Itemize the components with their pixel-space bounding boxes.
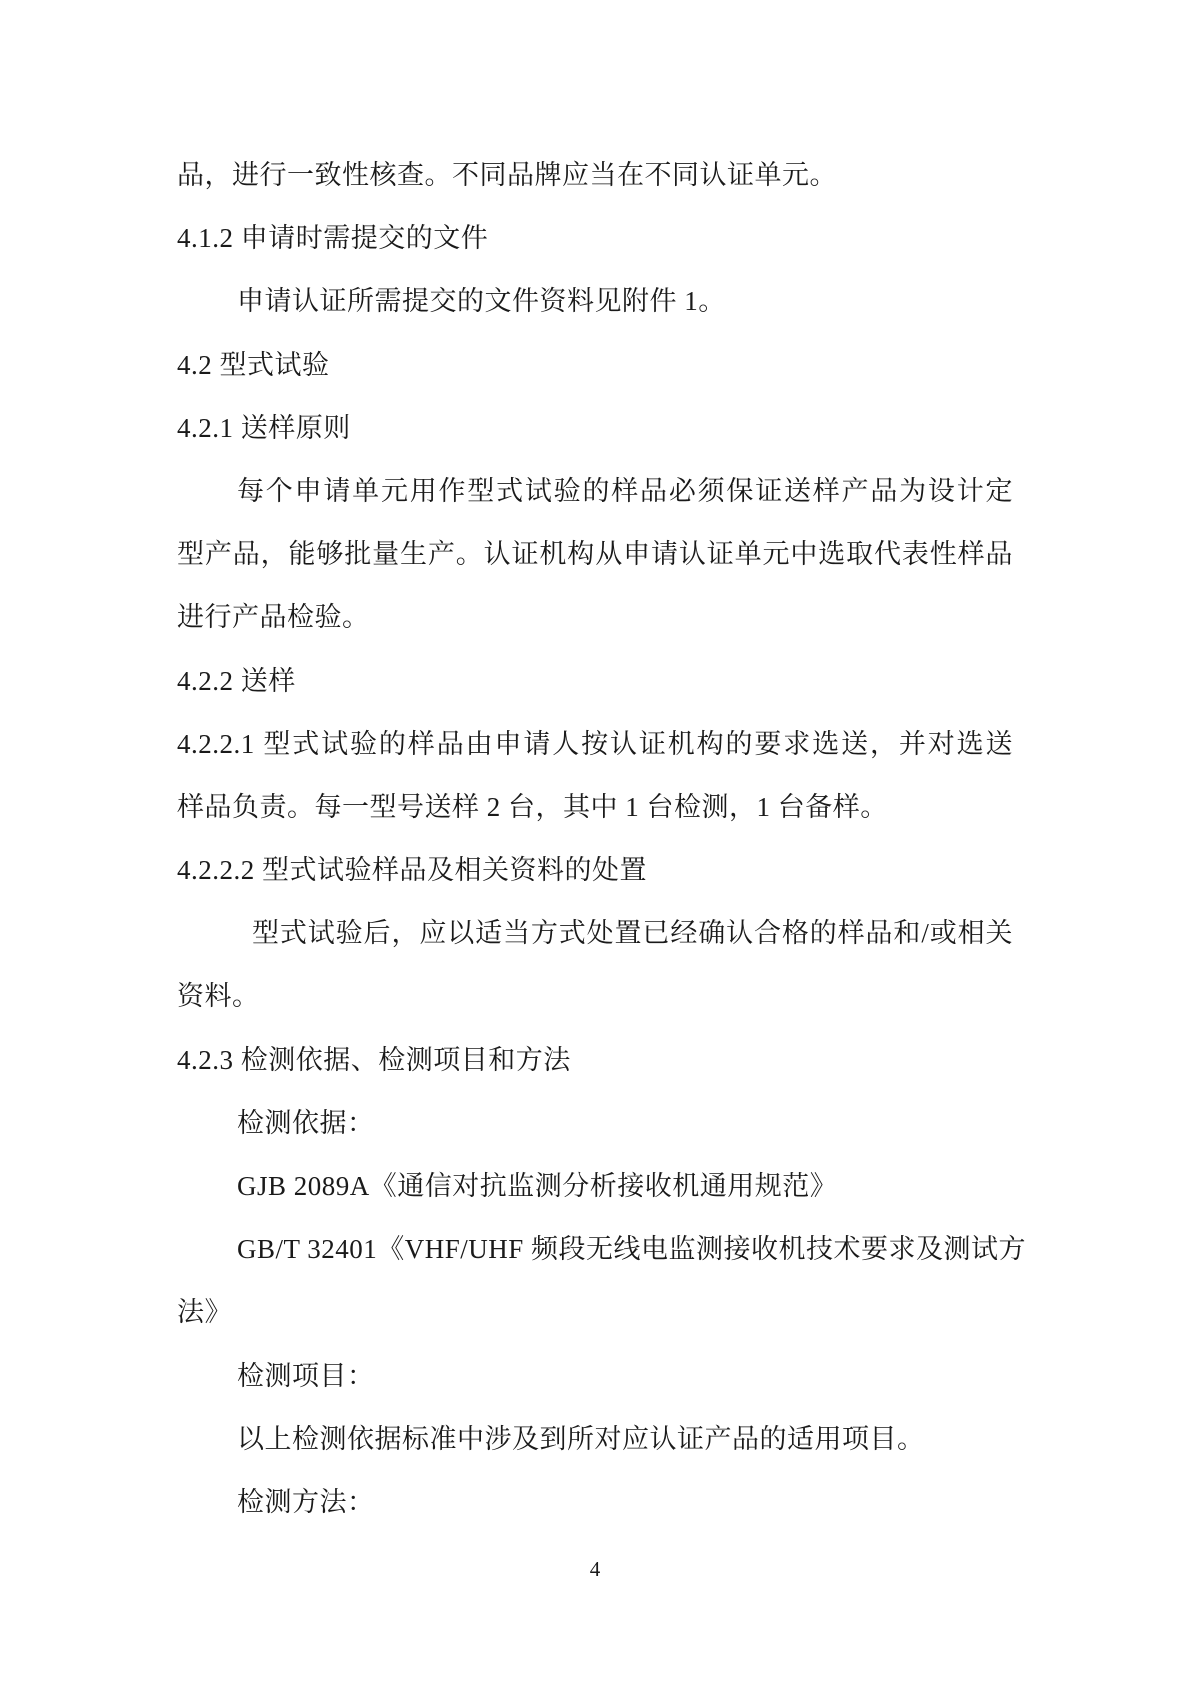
text-line: 申请认证所需提交的文件资料见附件 1。: [177, 270, 1013, 333]
text-line: 4.2.2 送样: [177, 650, 1013, 713]
text-line: 品，进行一致性核查。不同品牌应当在不同认证单元。: [177, 144, 1013, 207]
text-line: 进行产品检验。: [177, 586, 1013, 649]
text-line: 型式试验后，应以适当方式处置已经确认合格的样品和/或相关: [177, 902, 1013, 965]
text-line: 以上检测依据标准中涉及到所对应认证产品的适用项目。: [177, 1408, 1013, 1471]
text-line: 4.2.2.2 型式试验样品及相关资料的处置: [177, 839, 1013, 902]
text-line: 4.2.3 检测依据、检测项目和方法: [177, 1029, 1013, 1092]
text-line: 检测项目：: [177, 1345, 1013, 1408]
text-line: 检测方法：: [177, 1471, 1013, 1534]
text-line: 法》: [177, 1281, 1013, 1344]
text-line: 4.2 型式试验: [177, 334, 1013, 397]
document-page: 品，进行一致性核查。不同品牌应当在不同认证单元。4.1.2 申请时需提交的文件申…: [0, 0, 1191, 1684]
text-line: 4.2.2.1 型式试验的样品由申请人按认证机构的要求选送，并对选送: [177, 713, 1013, 776]
text-line: 型产品，能够批量生产。认证机构从申请认证单元中选取代表性样品: [177, 523, 1013, 586]
text-line: 4.1.2 申请时需提交的文件: [177, 207, 1013, 270]
text-line: 样品负责。每一型号送样 2 台，其中 1 台检测，1 台备样。: [177, 776, 1013, 839]
text-line: 每个申请单元用作型式试验的样品必须保证送样产品为设计定: [177, 460, 1013, 523]
text-line: 资料。: [177, 965, 1013, 1028]
text-line: 4.2.1 送样原则: [177, 397, 1013, 460]
document-body: 品，进行一致性核查。不同品牌应当在不同认证单元。4.1.2 申请时需提交的文件申…: [177, 144, 1013, 1534]
page-number: 4: [177, 1556, 1013, 1582]
text-line: 检测依据：: [177, 1092, 1013, 1155]
text-line: GJB 2089A《通信对抗监测分析接收机通用规范》: [177, 1155, 1013, 1218]
text-line: GB/T 32401《VHF/UHF 频段无线电监测接收机技术要求及测试方: [177, 1218, 1013, 1281]
